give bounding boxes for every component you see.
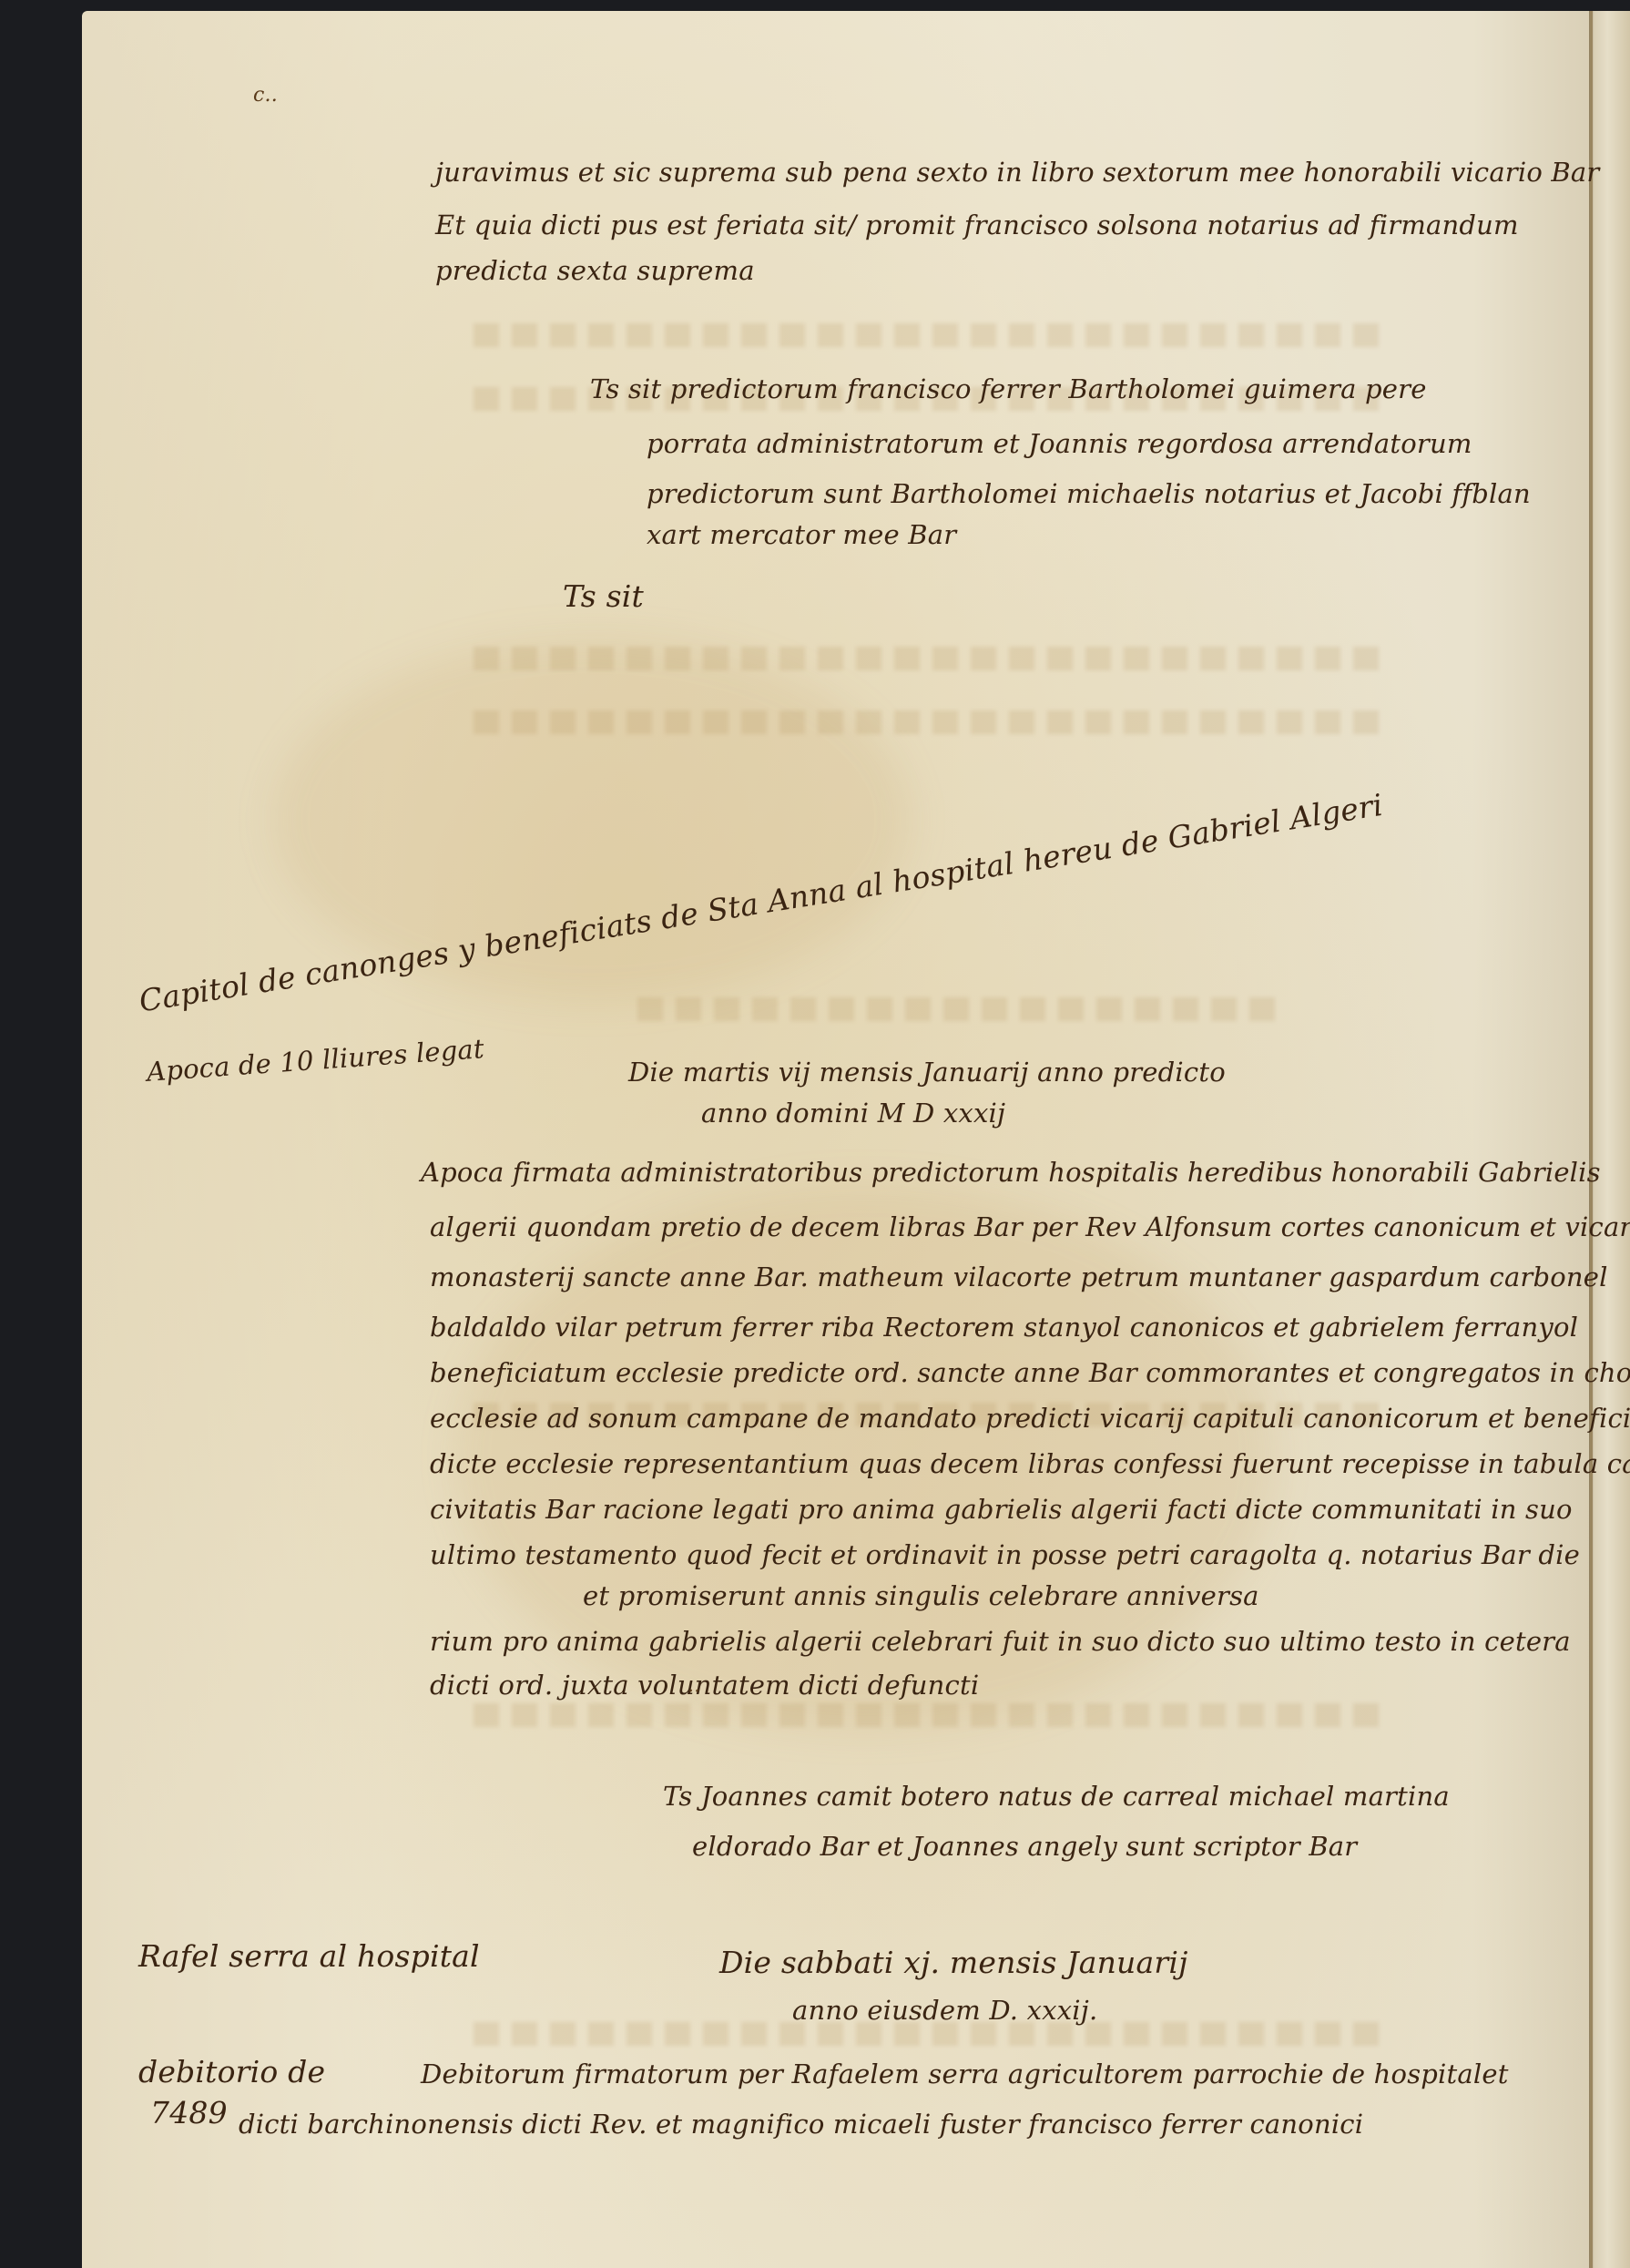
entry-line: Debitorum firmatorum per Rafaelem serra …: [421, 2059, 1509, 2089]
margin-amount: 7489: [150, 2095, 228, 2130]
bleed-through-text: [474, 1703, 1384, 1727]
bleed-through-text: [474, 647, 1384, 670]
gutter-fold-line: [1590, 11, 1593, 2268]
entry-line: dicti ord. juxta voluntatem dicti defunc…: [430, 1670, 979, 1701]
entry-line: Apoca firmata administratoribus predicto…: [421, 1157, 1601, 1188]
witness-line: eldorado Bar et Joannes angely sunt scri…: [692, 1831, 1357, 1862]
entry-date-year: anno domini M D xxxij: [701, 1098, 1005, 1129]
book-gutter: [1589, 11, 1630, 2268]
entry-date: Die sabbati xj. mensis Januarij: [719, 1945, 1188, 1980]
margin-label: debitorio de: [138, 2054, 325, 2089]
witness-line: xart mercator mee Bar: [647, 519, 956, 550]
text-line: predicta sexta suprema: [435, 255, 755, 286]
entry-date: Die martis vij mensis Januarij anno pred…: [628, 1057, 1226, 1088]
entry-line: beneficiatum ecclesie predicte ord. sanc…: [430, 1357, 1630, 1388]
entry-line: et promiserunt annis singulis celebrare …: [583, 1580, 1259, 1611]
bleed-through-text: [474, 323, 1384, 347]
entry-line: ecclesie ad sonum campane de mandato pre…: [430, 1403, 1630, 1434]
top-corner-mark: c..: [253, 84, 278, 107]
text-line: Et quia dicti pus est feriata sit/ promi…: [435, 209, 1519, 240]
bleed-through-text: [637, 997, 1275, 1021]
entry-line: algerii quondam pretio de decem libras B…: [430, 1211, 1630, 1242]
margin-name: Rafel serra al hospital: [138, 1938, 480, 1974]
witness-line: predictorum sunt Bartholomei michaelis n…: [647, 478, 1531, 509]
witness-line: Ts sit predictorum francisco ferrer Bart…: [590, 373, 1427, 404]
entry-line: dicti barchinonensis dicti Rev. et magni…: [239, 2109, 1363, 2140]
entry-line: monasterij sancte anne Bar. matheum vila…: [430, 1262, 1608, 1292]
manuscript-page: [82, 11, 1594, 2268]
entry-line: dicte ecclesie representantium quas dece…: [430, 1448, 1630, 1479]
entry-date-year: anno eiusdem D. xxxij.: [792, 1995, 1097, 2026]
witness-line: porrata administratorum et Joannis regor…: [647, 428, 1472, 459]
entry-line: ultimo testamento quod fecit et ordinavi…: [430, 1539, 1580, 1570]
bleed-through-text: [474, 710, 1384, 734]
text-line: juravimus et sic suprema sub pena sexto …: [435, 157, 1599, 188]
dot-mark: ··: [688, 1681, 700, 1703]
witness-closing: Ts sit: [563, 578, 644, 614]
entry-line: baldaldo vilar petrum ferrer riba Rector…: [430, 1312, 1578, 1343]
entry-line: rium pro anima gabrielis algerii celebra…: [430, 1626, 1571, 1657]
entry-line: civitatis Bar racione legati pro anima g…: [430, 1494, 1573, 1525]
witness-line: Ts Joannes camit botero natus de carreal…: [663, 1781, 1450, 1812]
